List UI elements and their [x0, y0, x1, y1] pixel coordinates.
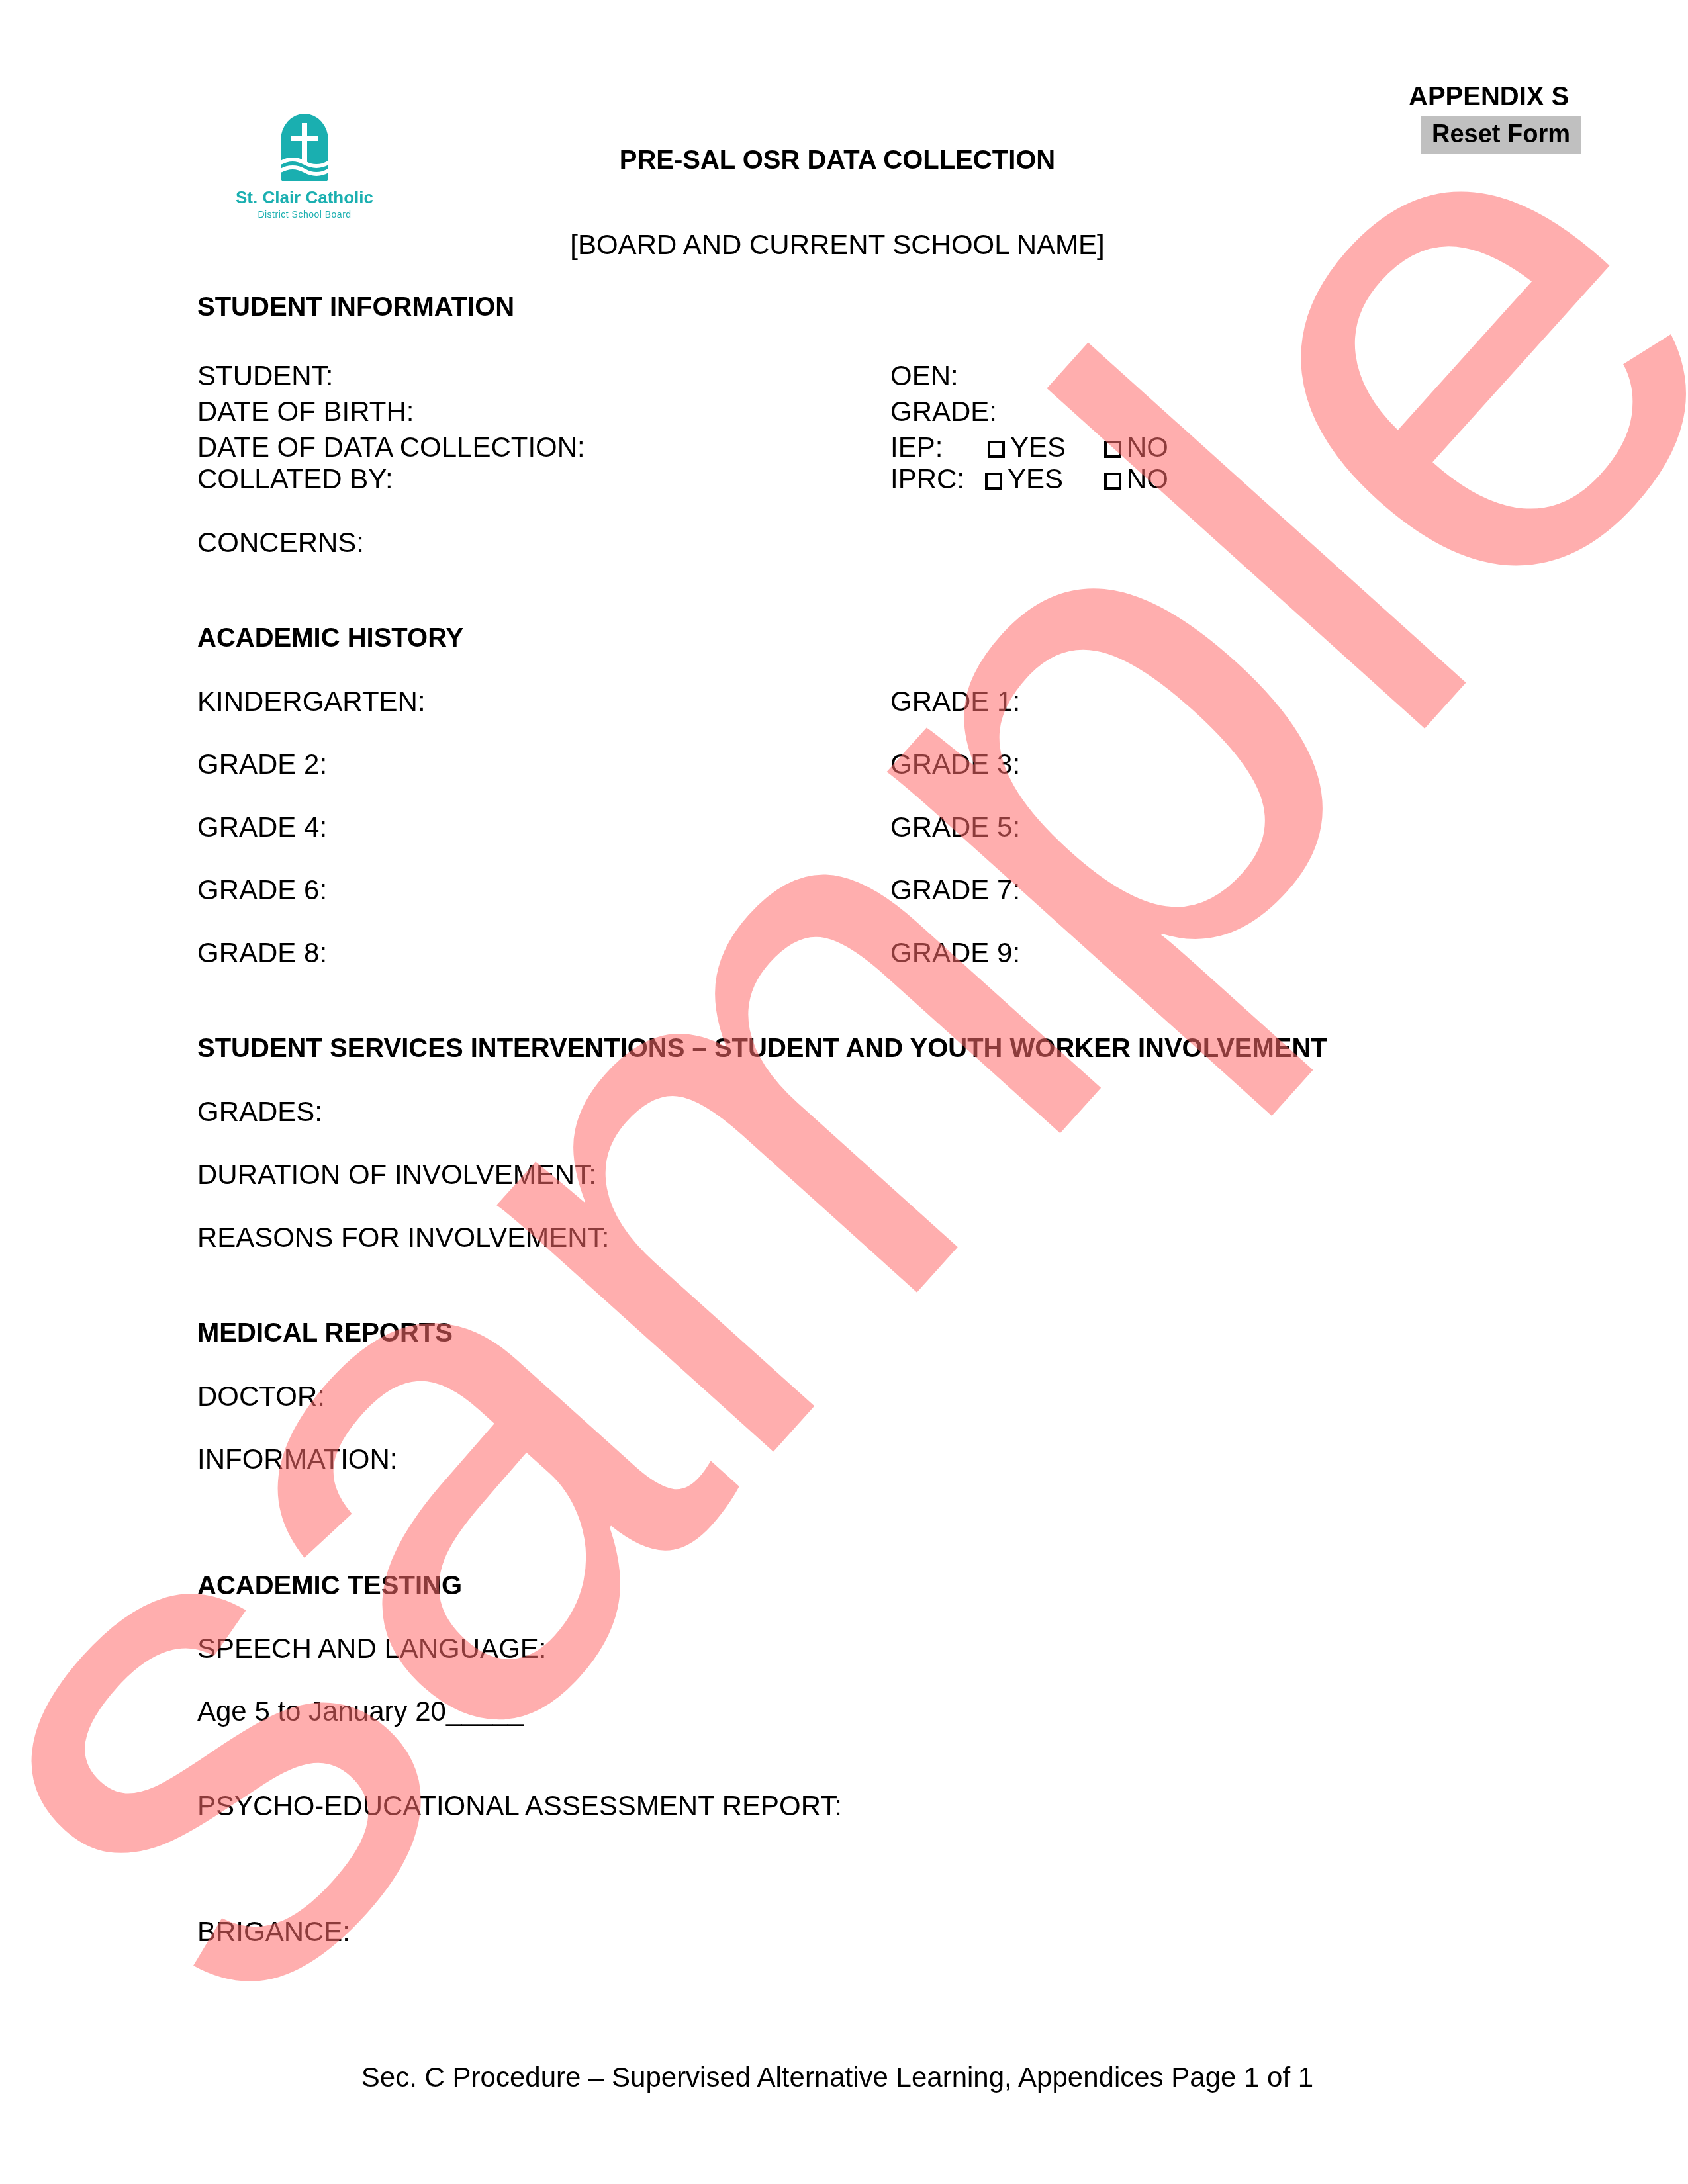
field-collated-by[interactable]: COLLATED BY:: [197, 463, 393, 495]
section-heading-academic-testing: ACADEMIC TESTING: [197, 1570, 462, 1602]
iep-label: IEP:: [890, 432, 943, 463]
iprc-label: IPRC:: [890, 463, 964, 495]
section-heading-student-services: STUDENT SERVICES INTERVENTIONS – STUDENT…: [197, 1032, 1327, 1064]
iprc-yes-checkbox[interactable]: [985, 473, 1002, 490]
iprc-no-label: NO: [1127, 463, 1168, 494]
field-student[interactable]: STUDENT:: [197, 360, 333, 392]
field-information[interactable]: INFORMATION:: [197, 1443, 398, 1475]
iprc-yes-option[interactable]: YES: [985, 463, 1063, 495]
field-grades[interactable]: GRADES:: [197, 1096, 322, 1128]
field-grade-7[interactable]: GRADE 7:: [890, 874, 1020, 906]
field-brigance[interactable]: BRIGANCE:: [197, 1916, 350, 1948]
logo-subname: District School Board: [225, 209, 384, 220]
iep-no-checkbox[interactable]: [1104, 441, 1121, 458]
section-heading-medical-reports: MEDICAL REPORTS: [197, 1317, 453, 1349]
board-school-name: [BOARD AND CURRENT SCHOOL NAME]: [0, 229, 1681, 261]
field-grade-9[interactable]: GRADE 9:: [890, 937, 1020, 969]
field-grade-6[interactable]: GRADE 6:: [197, 874, 327, 906]
field-grade-1[interactable]: GRADE 1:: [890, 686, 1020, 717]
iep-no-option[interactable]: NO: [1104, 432, 1168, 463]
iep-yes-label: YES: [1010, 432, 1066, 463]
iep-yes-checkbox[interactable]: [988, 441, 1005, 458]
field-grade-5[interactable]: GRADE 5:: [890, 811, 1020, 843]
sample-watermark: sample: [0, 0, 1688, 2184]
section-heading-student-information: STUDENT INFORMATION: [197, 291, 514, 323]
iprc-yes-label: YES: [1008, 463, 1063, 494]
appendix-label: APPENDIX S: [1409, 81, 1569, 113]
field-concerns[interactable]: CONCERNS:: [197, 527, 364, 559]
field-kindergarten[interactable]: KINDERGARTEN:: [197, 686, 426, 717]
field-grade-2[interactable]: GRADE 2:: [197, 749, 327, 780]
field-speech-and-language[interactable]: SPEECH AND LANGUAGE:: [197, 1633, 546, 1664]
field-date-of-data-collection[interactable]: DATE OF DATA COLLECTION:: [197, 432, 585, 463]
field-reasons-for-involvement[interactable]: REASONS FOR INVOLVEMENT:: [197, 1222, 609, 1253]
section-heading-academic-history: ACADEMIC HISTORY: [197, 622, 463, 654]
field-grade-8[interactable]: GRADE 8:: [197, 937, 327, 969]
field-date-of-birth[interactable]: DATE OF BIRTH:: [197, 396, 414, 428]
field-psycho-educational-report[interactable]: PSYCHO-EDUCATIONAL ASSESSMENT REPORT:: [197, 1790, 842, 1822]
field-grade-3[interactable]: GRADE 3:: [890, 749, 1020, 780]
logo-name: St. Clair Catholic: [225, 187, 384, 208]
field-duration-of-involvement[interactable]: DURATION OF INVOLVEMENT:: [197, 1159, 596, 1191]
iprc-no-checkbox[interactable]: [1104, 473, 1121, 490]
field-grade-4[interactable]: GRADE 4:: [197, 811, 327, 843]
field-doctor[interactable]: DOCTOR:: [197, 1381, 325, 1412]
iep-no-label: NO: [1127, 432, 1168, 463]
page-footer: Sec. C Procedure – Supervised Alternativ…: [0, 2062, 1681, 2093]
page-title: PRE-SAL OSR DATA COLLECTION: [0, 144, 1681, 176]
field-grade[interactable]: GRADE:: [890, 396, 997, 428]
age-range-note: Age 5 to January 20_____: [197, 1696, 524, 1727]
iep-yes-option[interactable]: YES: [988, 432, 1066, 463]
iprc-no-option[interactable]: NO: [1104, 463, 1168, 495]
field-oen[interactable]: OEN:: [890, 360, 959, 392]
